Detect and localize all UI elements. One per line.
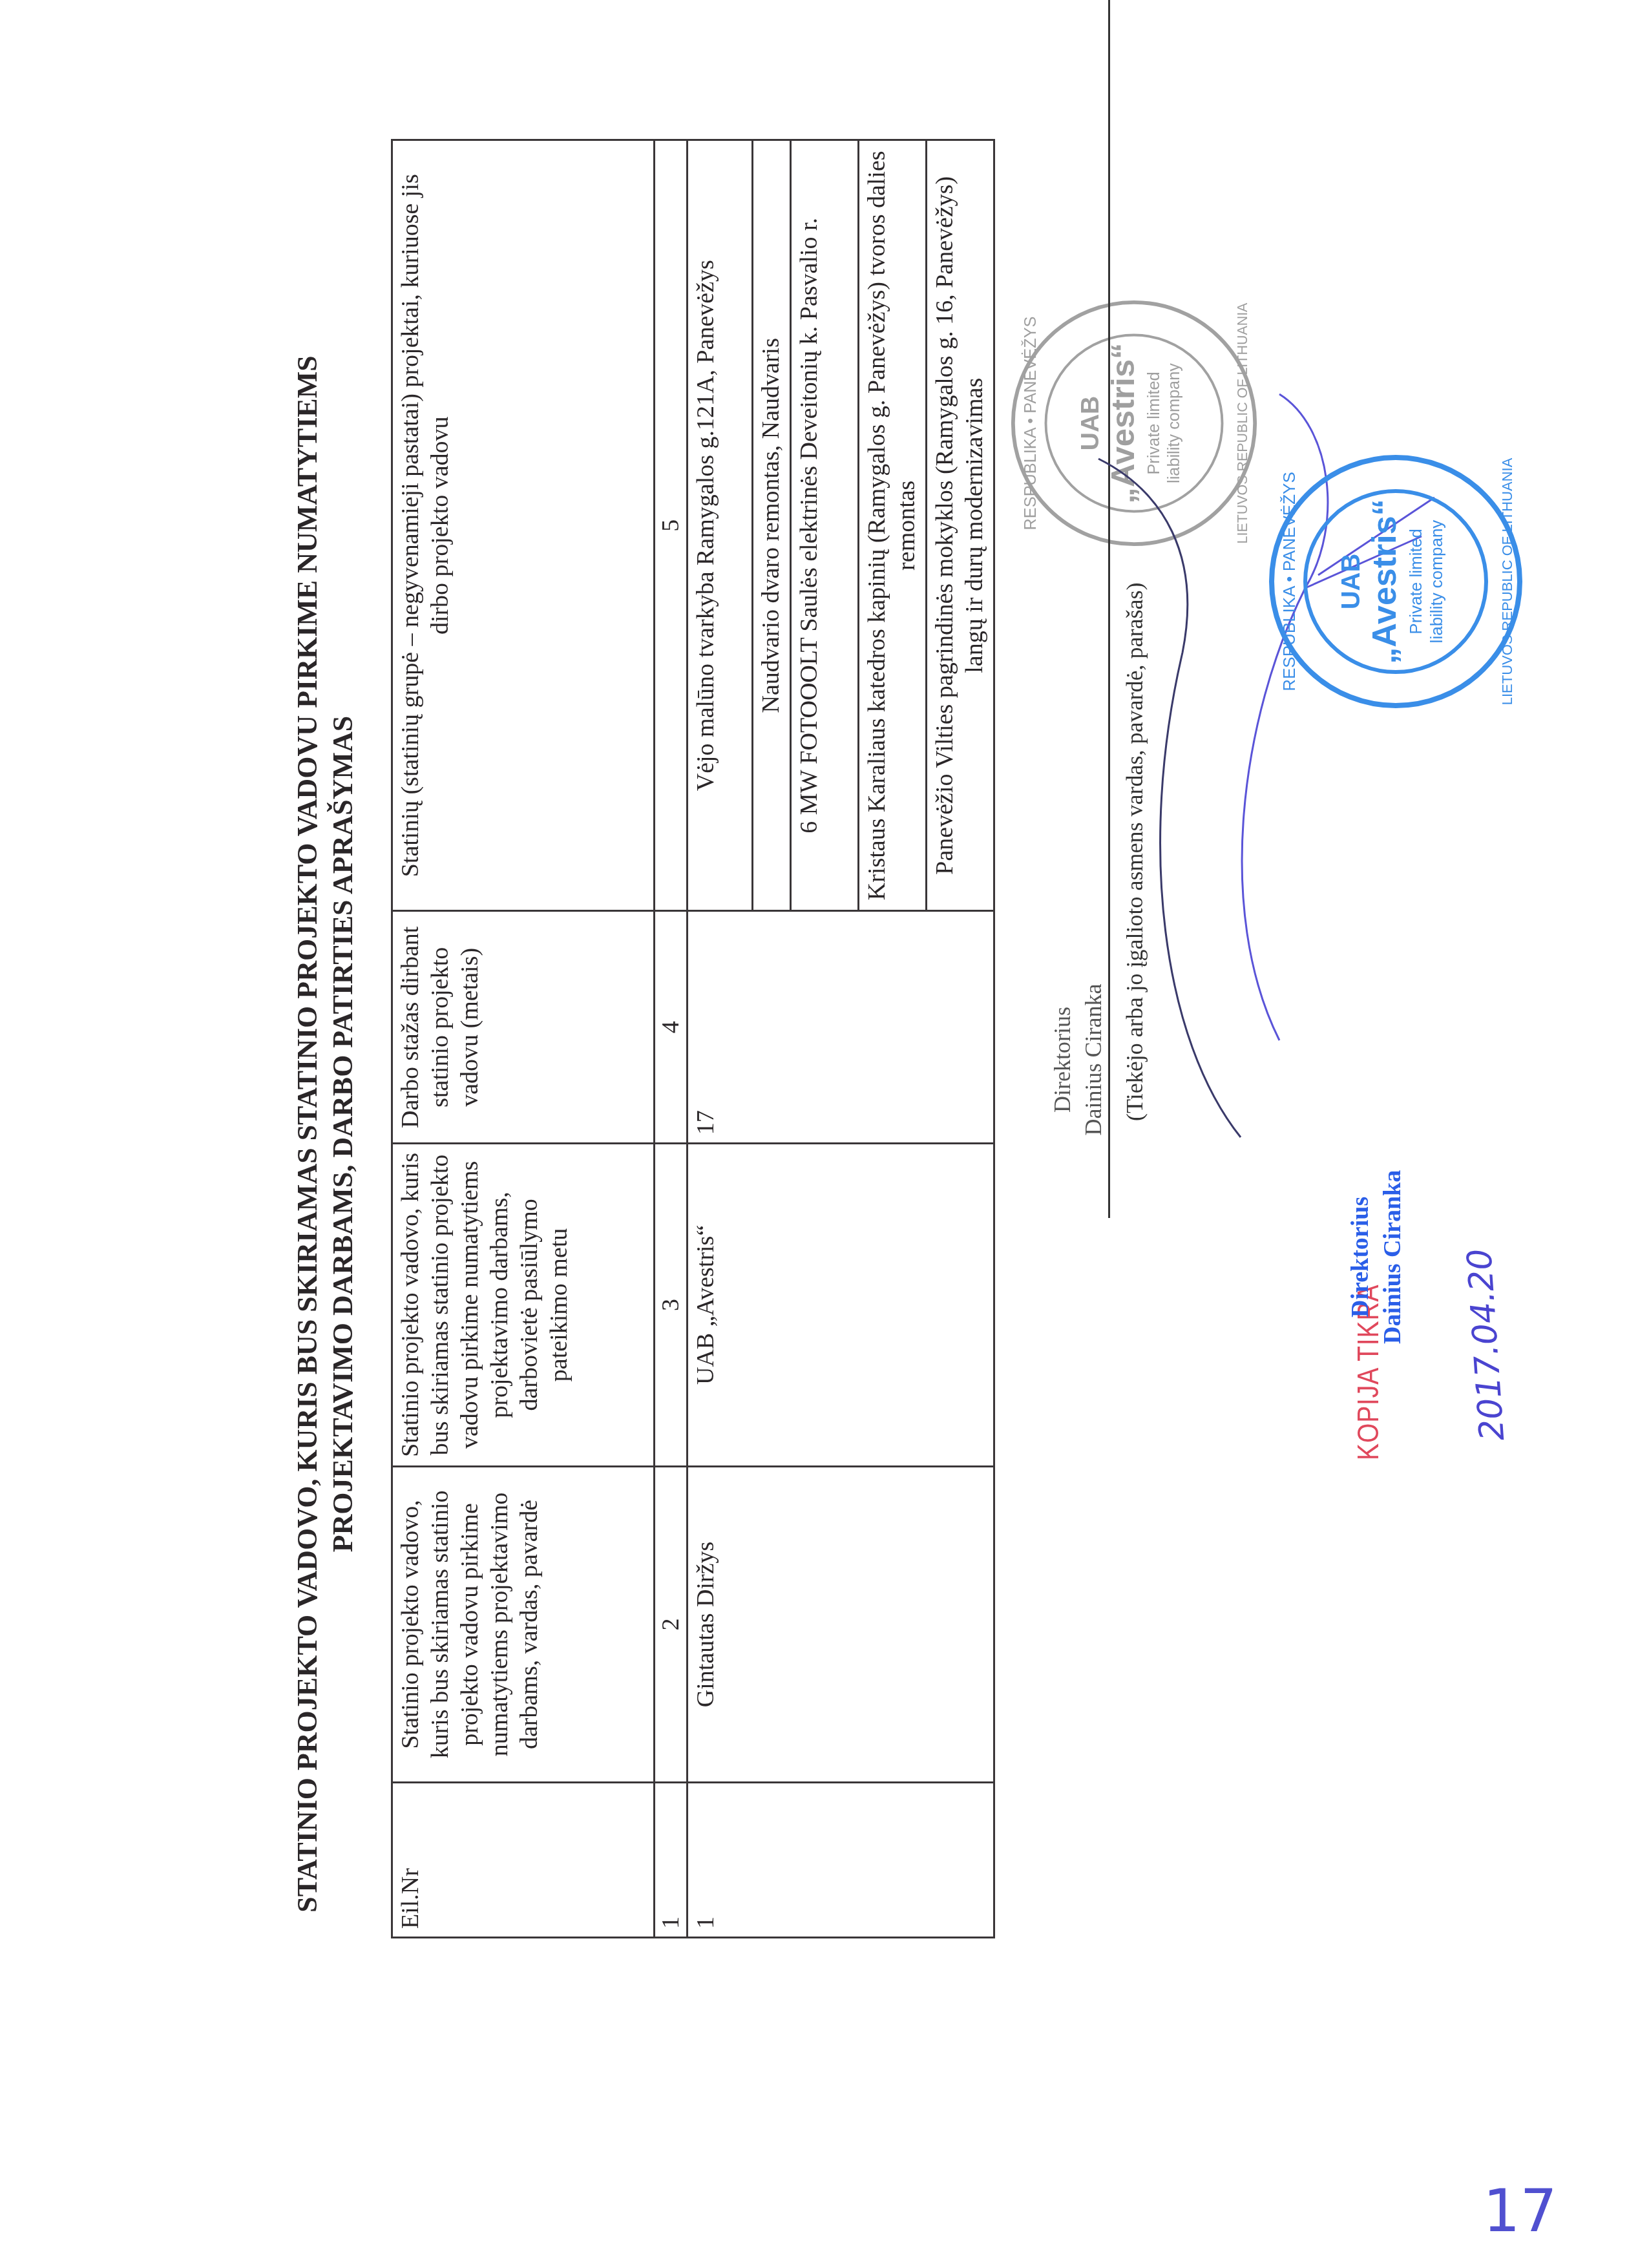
- project-item: Kristaus Karaliaus katedros kapinių (Ram…: [859, 140, 927, 911]
- typed-title: Direktorius: [1047, 905, 1078, 1215]
- seal-icon: UAB „Avestris“ Private limited liability…: [1008, 297, 1260, 549]
- handwritten-date: 2017.04.20: [1460, 1248, 1513, 1442]
- project-item: Vėjo malūno tvarkyba Ramygalos g.121A, P…: [688, 140, 753, 911]
- svg-text:UAB: UAB: [1077, 396, 1104, 451]
- column-number-2: 2: [655, 1466, 688, 1783]
- svg-text:LIETUVOS REPUBLIC OF LITHUAN: LIETUVOS REPUBLIC OF LITHUANIA: [1235, 302, 1251, 544]
- row-name: Gintautas Diržys: [688, 1466, 994, 1783]
- table-header-row: Eil.Nr Statinio projekto vadovo, kuris b…: [392, 140, 655, 1938]
- row-experience: 17: [688, 911, 994, 1144]
- header-projects: Statinių (statinių grupė – negyvenamieji…: [392, 140, 655, 911]
- row-nr: 1: [688, 1783, 994, 1938]
- column-number-3: 3: [655, 1144, 688, 1467]
- column-number-1: 1: [655, 1783, 688, 1938]
- page-number: 17: [1483, 2178, 1557, 2245]
- svg-text:RESPUBLIKA • PANEVĖŽYS: RESPUBLIKA • PANEVĖŽYS: [1279, 472, 1299, 691]
- svg-text:„Avestris“: „Avestris“: [1366, 499, 1403, 664]
- company-seal-blue: UAB „Avestris“ Private limited liability…: [1266, 452, 1525, 711]
- column-number-row: 1 2 3 4 5: [655, 140, 688, 1938]
- row-workplace: UAB „Avestris“: [688, 1144, 994, 1467]
- column-number-5: 5: [655, 140, 688, 911]
- svg-text:liability company: liability company: [1427, 520, 1446, 644]
- svg-text:Private limited: Private limited: [1406, 529, 1425, 634]
- svg-text:liability company: liability company: [1165, 363, 1183, 483]
- blue-title: Direktorius: [1344, 1170, 1376, 1344]
- header-eil-nr: Eil.Nr: [392, 1783, 655, 1938]
- experience-table: Eil.Nr Statinio projekto vadovo, kuris b…: [391, 139, 995, 1938]
- project-item: 6 MW FOTOOOLT Saulės elektrinės Deveiton…: [791, 140, 859, 911]
- svg-text:RESPUBLIKA • PANEVĖŽYS: RESPUBLIKA • PANEVĖŽYS: [1021, 317, 1040, 530]
- svg-text:LIETUVOS REPUBLIC OF LITHUAN: LIETUVOS REPUBLIC OF LITHUANIA: [1499, 457, 1515, 705]
- svg-text:UAB: UAB: [1337, 554, 1365, 610]
- seal-icon: UAB „Avestris“ Private limited liability…: [1266, 452, 1525, 711]
- blue-name-stamp: Direktorius Dainius Ciranka: [1344, 1170, 1409, 1344]
- svg-text:Private limited: Private limited: [1145, 372, 1163, 474]
- signature-caption: (Tiekėjo arba jo įgalioto asmens vardas,…: [1121, 583, 1148, 1121]
- typed-signature-block: Direktorius Dainius Ciranka: [1047, 905, 1109, 1215]
- document-title-line-1: STATINIO PROJEKTO VADOVO, KURIS BUS SKIR…: [291, 0, 324, 2268]
- header-experience: Darbo stažas dirbant statinio projekto v…: [392, 911, 655, 1144]
- blue-name: Dainius Ciranka: [1376, 1170, 1409, 1344]
- document-title-line-2: PROJEKTAVIMO DARBAMS, DARBO PATIRTIES AP…: [326, 0, 360, 2268]
- project-item: Naudvario dvaro remontas, Naudvaris: [753, 140, 791, 911]
- typed-name: Dainius Ciranka: [1078, 905, 1109, 1215]
- header-name: Statinio projekto vadovo, kuris bus skir…: [392, 1466, 655, 1783]
- table-row: 1 Gintautas Diržys UAB „Avestris“ 17 Vėj…: [688, 140, 753, 1938]
- column-number-4: 4: [655, 911, 688, 1144]
- company-seal-grey: UAB „Avestris“ Private limited liability…: [1008, 297, 1260, 549]
- header-workplace: Statinio projekto vadovo, kuris bus skir…: [392, 1144, 655, 1467]
- signature-line: [1108, 0, 1110, 1218]
- project-item: Panevėžio Vilties pagrindinės mokyklos (…: [927, 140, 994, 911]
- rotated-document-page: STATINIO PROJEKTO VADOVO, KURIS BUS SKIR…: [0, 0, 1649, 2268]
